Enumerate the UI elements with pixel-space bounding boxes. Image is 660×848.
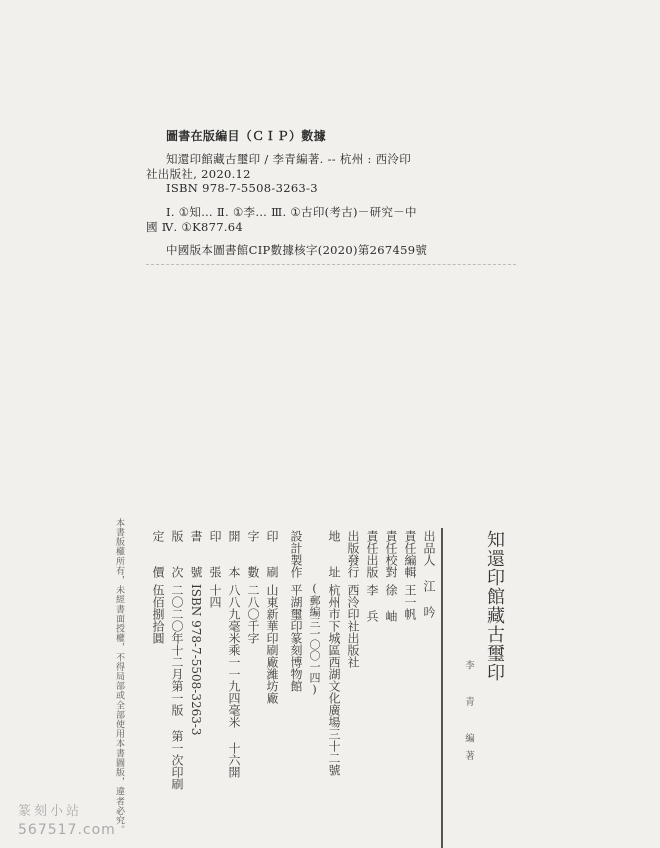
entry-value: 西泠印社出版社 (346, 584, 360, 668)
entry-label: 版 次 (170, 530, 184, 578)
entry-isbn: 書 號ISBN 978-7-5508-3263-3 (189, 530, 202, 736)
entry-value: 李 兵 (365, 584, 379, 622)
entry-label: 字 數 (246, 530, 260, 578)
entry-label: 出品人 (422, 530, 436, 566)
entry-value: 江 吟 (422, 580, 436, 618)
cip-record-line-2: 社出版社, 2020.12 (146, 166, 251, 182)
entry-value: 二〇二〇年十二月第一版 第一次印刷 (170, 584, 184, 790)
watermark-site-name: 篆刻小站 (18, 800, 82, 819)
entry-value: 徐 岫 (384, 584, 398, 622)
book-title: 知還印館藏古璽印 (484, 530, 504, 682)
entry-proofreader: 責任校對徐 岫 (384, 530, 397, 622)
author: 李 青 編著 (462, 660, 475, 768)
entry-edition: 版 次二〇二〇年十二月第一版 第一次印刷 (170, 530, 183, 790)
cip-number: 中國版本圖書館CIP數據核字(2020)第267459號 (166, 242, 427, 258)
entry-editor: 責任編輯王一帆 (403, 530, 416, 620)
entry-label: 出版發行 (346, 530, 360, 578)
cip-subject-line-1: Ⅰ. ①知… Ⅱ. ①李… Ⅲ. ①古印(考古)－研究－中 (166, 204, 417, 220)
entry-value: ISBN 978-7-5508-3263-3 (189, 584, 203, 736)
entry-label: 定 價 (151, 530, 165, 578)
entry-value: 山東新華印刷廠濰坊廠 (265, 584, 279, 704)
entry-word-count: 字 數二八〇千字 (246, 530, 259, 644)
entry-label: 書 號 (189, 530, 203, 578)
cip-title: 圖書在版編目（ＣＩＰ）數據 (166, 127, 326, 144)
entry-sheets: 印 張十四 (208, 530, 221, 608)
entry-address: 地 址杭州市下城區西湖文化廣場三十二號 (327, 530, 340, 776)
entry-value: 二八〇千字 (246, 584, 260, 644)
entry-label: 責任編輯 (403, 530, 417, 578)
entry-label: 開 本 (227, 530, 241, 578)
entry-value: 杭州市下城區西湖文化廣場三十二號 (327, 584, 341, 776)
copyright-notice: 本書版權所有，未經書面授權，不得局部或全部使用本書圖版，違者必究。 (112, 518, 125, 835)
entry-value: 十四 (208, 584, 222, 608)
entry-label: 印 刷 (265, 530, 279, 578)
cip-subject-line-2: 國 Ⅳ. ①K877.64 (146, 219, 243, 235)
entry-format: 開 本八八九毫米乘一一九四毫米 十六開 (227, 530, 240, 778)
entry-price: 定 價伍佰捌拾圓 (151, 530, 164, 644)
entry-value: 王一帆 (403, 584, 417, 620)
cip-record-line-1: 知還印館藏古璽印 / 李青編著. -- 杭州 : 西泠印 (166, 151, 411, 167)
entry-label: 責任校對 (384, 530, 398, 578)
entry-printer: 印 刷山東新華印刷廠濰坊廠 (265, 530, 278, 704)
entry-label: 印 張 (208, 530, 222, 578)
entry-postcode: (郵編三一〇〇一四) (308, 582, 321, 696)
entry-design: 設計製作平湖璽印篆刻博物館 (289, 530, 302, 692)
entry-value: 八八九毫米乘一一九四毫米 十六開 (227, 584, 241, 778)
entry-label: 責任出版 (365, 530, 379, 578)
entry-publisher-person: 出品人江 吟 (422, 530, 435, 618)
vertical-rule (441, 528, 443, 848)
cip-isbn: ISBN 978-7-5508-3263-3 (166, 181, 318, 195)
entry-value: 伍佰捌拾圓 (151, 584, 165, 644)
entry-label: 地 址 (327, 530, 341, 578)
entry-label: 設計製作 (289, 530, 303, 578)
entry-value: 平湖璽印篆刻博物館 (289, 584, 303, 692)
entry-production: 責任出版李 兵 (365, 530, 378, 622)
watermark-url: 567517.com (18, 822, 116, 838)
entry-distributor: 出版發行西泠印社出版社 (346, 530, 359, 668)
cip-divider (146, 264, 516, 265)
